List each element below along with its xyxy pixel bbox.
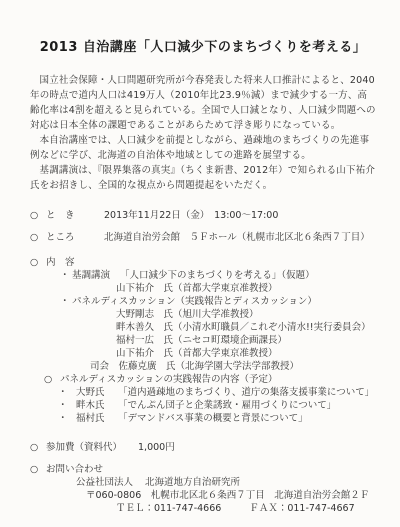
document-title: 2013 自治講座「人口減少下のまちづくりを考える」 xyxy=(30,36,376,55)
moderator-name: 司会 佐藤克廣 氏（北海学園大学法学部教授） xyxy=(90,361,299,372)
report-topic: 「道内過疎地のまちづくり、道庁の集落支援事業について」 xyxy=(118,387,374,398)
circle-marker: ○ xyxy=(30,463,46,476)
keynote-speaker: 山下祐介 氏（首都大学東京准教授） xyxy=(116,283,278,294)
place-label: ところ xyxy=(46,231,90,244)
intro-paragraph-1: 国立社会保障・人口問題研究所が今春発表した将来人口推計によると、2040年の時点… xyxy=(30,73,376,133)
bullet-marker: ・ xyxy=(58,386,70,399)
circle-marker: ○ xyxy=(44,373,60,386)
panel-reports-label: パネルディスカッションの実践報告の内容（予定） xyxy=(60,374,277,385)
panel-reports-heading-row: ○パネルディスカッションの実践報告の内容（予定） xyxy=(30,373,376,386)
circle-marker: ○ xyxy=(30,256,46,269)
section-fee-row: ○参加費（資料代）1,000円 xyxy=(30,441,376,454)
bullet-marker: ・ xyxy=(58,412,70,425)
contact-org-name: 北海道地方自治研究所 xyxy=(145,477,240,488)
report-topic: 「デマンドバス事業の概要と背景について」 xyxy=(118,413,308,424)
contact-address: 〒060-0806 札幌市北区北６条西７丁目 北海道自治労会館２Ｆ xyxy=(86,490,369,501)
intro-paragraph-3: 基調講演は、『限界集落の真実』（ちくま新書、2012年）で知られる山下祐介氏をお… xyxy=(30,163,376,193)
circle-marker: ○ xyxy=(30,231,46,244)
circle-marker: ○ xyxy=(30,441,46,454)
panelist-name: 畔木善久 氏（小清水町職員／これぞ小清水!!実行委員会） xyxy=(116,322,371,333)
date-label: と き xyxy=(46,209,90,222)
bullet-marker: ・ xyxy=(60,269,72,282)
section-place-row: ○ところ北海道自治労会館 ５Ｆホール（札幌市北区北６条西７丁目） xyxy=(30,231,376,244)
bullet-marker: ・ xyxy=(58,399,70,412)
moderator-row: 司会 佐藤克廣 氏（北海学園大学法学部教授） xyxy=(30,360,376,373)
panelist-row: 山下祐介 氏（首都大学東京准教授） xyxy=(30,347,376,360)
intro-paragraph-2: 本自治講座では、人口減少を前提としながら、過疎地のまちづくりの先進事例などに学び… xyxy=(30,133,376,163)
keynote-title: 「人口減少下のまちづくりを考える」（仮題） xyxy=(120,270,315,281)
report-speaker: 畔木氏 xyxy=(76,399,118,412)
contact-address-row: 〒060-0806 札幌市北区北６条西７丁目 北海道自治労会館２Ｆ xyxy=(30,489,376,502)
place-value: 北海道自治労会館 ５Ｆホール（札幌市北区北６条西７丁目） xyxy=(104,232,370,243)
contact-org-row: 公益社団法人北海道地方自治研究所 xyxy=(30,476,376,489)
keynote-row: ・基調講演「人口減少下のまちづくりを考える」（仮題） xyxy=(30,269,376,282)
circle-marker: ○ xyxy=(30,209,46,222)
fee-value: 1,000円 xyxy=(138,442,175,453)
panelist-name: 山下祐介 氏（首都大学東京准教授） xyxy=(116,348,278,359)
panelist-row: 大野剛志 氏（旭川大学准教授） xyxy=(30,308,376,321)
panel-row: ・パネルディスカッション（実践報告とディスカッション） xyxy=(30,295,376,308)
content-label: 内 容 xyxy=(46,257,75,268)
report-topic: 「でんぷん団子と企業誘致・雇用づくりについて」 xyxy=(118,400,336,411)
section-content-row: ○内 容 xyxy=(30,256,376,269)
contact-fax: ＦＡＸ：011-747-4667 xyxy=(249,503,354,514)
panel-report-item: ・大野氏「道内過疎地のまちづくり、道庁の集落支援事業について」 xyxy=(30,386,376,399)
report-speaker: 福村氏 xyxy=(76,412,118,425)
contact-label: お問い合わせ xyxy=(46,464,103,475)
panelist-row: 畔木善久 氏（小清水町職員／これぞ小清水!!実行委員会） xyxy=(30,321,376,334)
panel-label: パネルディスカッション（実践報告とディスカッション） xyxy=(72,296,317,307)
panel-report-item: ・福村氏「デマンドバス事業の概要と背景について」 xyxy=(30,412,376,425)
document-page: 2013 自治講座「人口減少下のまちづくりを考える」 国立社会保障・人口問題研究… xyxy=(0,0,400,527)
section-date-row: ○と き2013年11月22日（金） 13:00～17:00 xyxy=(30,209,376,222)
date-value: 2013年11月22日（金） 13:00～17:00 xyxy=(104,210,278,221)
contact-phone-row: ＴＥＬ：011-747-4666ＦＡＸ：011-747-4667 xyxy=(30,502,376,515)
panelist-row: 福村一広 氏（ニセコ町環境企画課長） xyxy=(30,334,376,347)
contact-org-type: 公益社団法人 xyxy=(76,477,133,488)
fee-label: 参加費（資料代） xyxy=(46,441,124,454)
panelist-name: 大野剛志 氏（旭川大学准教授） xyxy=(116,309,259,320)
bullet-marker: ・ xyxy=(60,295,72,308)
report-speaker: 大野氏 xyxy=(76,386,118,399)
panel-report-item: ・畔木氏「でんぷん団子と企業誘致・雇用づくりについて」 xyxy=(30,399,376,412)
keynote-label: 基調講演 xyxy=(72,270,110,281)
section-contact-row: ○お問い合わせ xyxy=(30,463,376,476)
contact-tel: ＴＥＬ：011-747-4666 xyxy=(116,503,221,514)
panelist-name: 福村一広 氏（ニセコ町環境企画課長） xyxy=(116,335,287,346)
keynote-speaker-row: 山下祐介 氏（首都大学東京准教授） xyxy=(30,282,376,295)
